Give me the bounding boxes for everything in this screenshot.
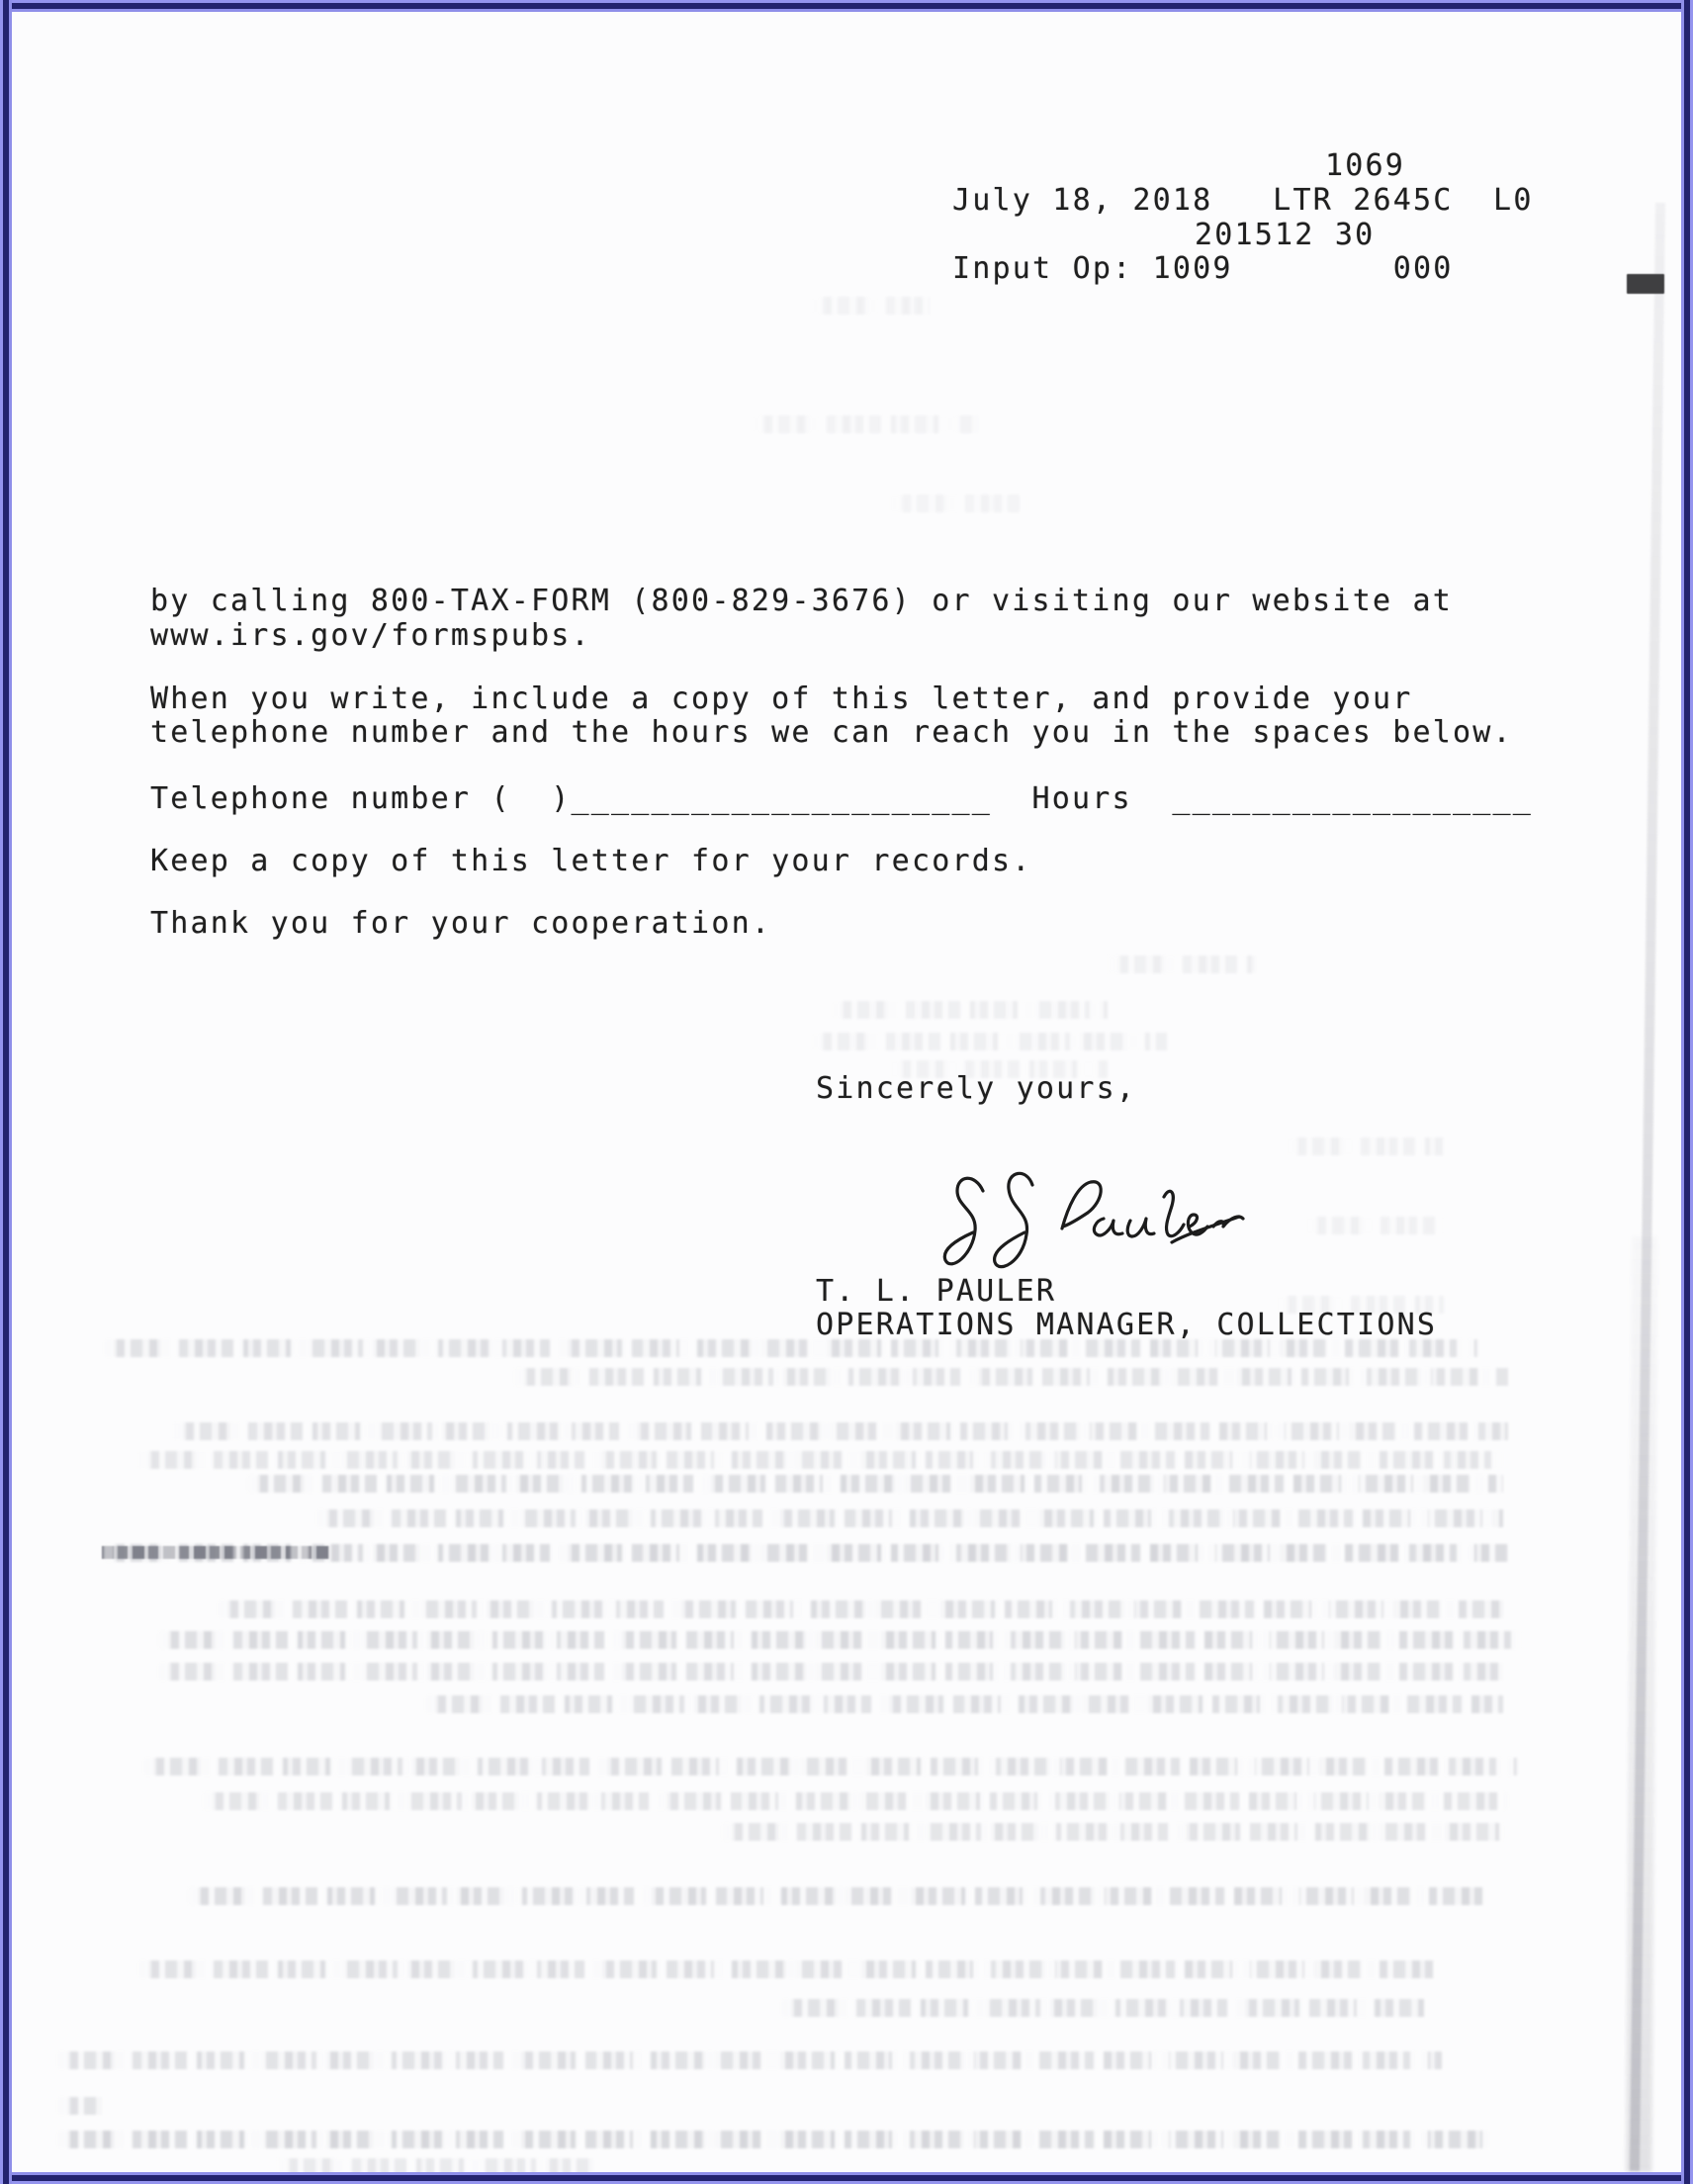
bleedthrough-line <box>752 415 979 433</box>
bleedthrough-line <box>831 1001 1108 1019</box>
signed-title: OPERATIONS MANAGER, COLLECTIONS <box>816 1311 1437 1340</box>
telephone-hours-fill-in-line: Telephone number ( )____________________… <box>150 784 1533 814</box>
body-paragraph2-line1: When you write, include a copy of this l… <box>150 684 1412 714</box>
bleedthrough-line <box>1108 955 1256 973</box>
bleedthrough-line <box>514 1368 1508 1386</box>
keep-copy-line: Keep a copy of this letter for your reco… <box>150 847 1032 876</box>
bleedthrough-line <box>277 2158 593 2176</box>
bleedthrough-line <box>247 1475 1503 1493</box>
header-tax-period-line: 201512 30 <box>1195 221 1375 250</box>
bleedthrough-line <box>138 1960 1434 1978</box>
bleedthrough-line <box>722 1823 1503 1841</box>
bleedthrough-line <box>811 1033 1167 1050</box>
bleedthrough-line <box>1305 1217 1444 1234</box>
edge-marker <box>1627 274 1664 294</box>
bleedthrough-line <box>104 1544 1508 1562</box>
bleedthrough-line <box>57 2097 102 2115</box>
bleedthrough-line <box>203 1792 1508 1810</box>
bleedthrough-line <box>811 297 930 315</box>
scan-streak-wide <box>1626 1236 1657 2172</box>
bleedthrough-line <box>316 1509 1503 1527</box>
scan-streak-thin <box>1630 203 1665 2171</box>
scan-border-left <box>0 0 12 2184</box>
scan-border-right <box>1681 0 1693 2184</box>
bleedthrough-line <box>138 1451 1503 1469</box>
bleedthrough-line <box>158 1631 1523 1649</box>
bleedthrough-line <box>143 1758 1518 1775</box>
header-page-code: 1069 <box>1325 151 1405 181</box>
bleedthrough-line <box>1286 1137 1444 1155</box>
bleedthrough-line <box>173 1422 1508 1440</box>
body-paragraph2-line2: telephone number and the hours we can re… <box>150 718 1513 748</box>
body-paragraph1-line2: www.irs.gov/formspubs. <box>150 621 591 651</box>
bleedthrough-line <box>425 1695 1503 1713</box>
header-date-line: July 18, 2018 LTR 2645C L0 <box>952 186 1534 216</box>
scan-page: 1069 July 18, 2018 LTR 2645C L0 201512 3… <box>0 0 1693 2184</box>
body-paragraph1-line1: by calling 800-TAX-FORM (800-829-3676) o… <box>150 587 1453 616</box>
bleedthrough-line <box>57 2131 1491 2148</box>
bleedthrough-line <box>218 1600 1503 1618</box>
bleedthrough-line <box>57 2051 1442 2069</box>
scan-border-bottom <box>0 2172 1693 2184</box>
header-input-op-line: Input Op: 1009 000 <box>952 254 1454 284</box>
closing-salutation: Sincerely yours, <box>816 1074 1136 1104</box>
bleedthrough-line <box>158 1663 1503 1681</box>
scan-border-top <box>0 0 1693 12</box>
signature-script <box>937 1167 1249 1286</box>
signed-name: T. L. PAULER <box>816 1277 1056 1307</box>
thank-you-line: Thank you for your cooperation. <box>150 909 771 939</box>
bleedthrough-line <box>890 495 1028 512</box>
bleedthrough-line <box>102 1546 329 1559</box>
bleedthrough-line <box>188 1887 1483 1905</box>
bleedthrough-line <box>781 1999 1424 2017</box>
